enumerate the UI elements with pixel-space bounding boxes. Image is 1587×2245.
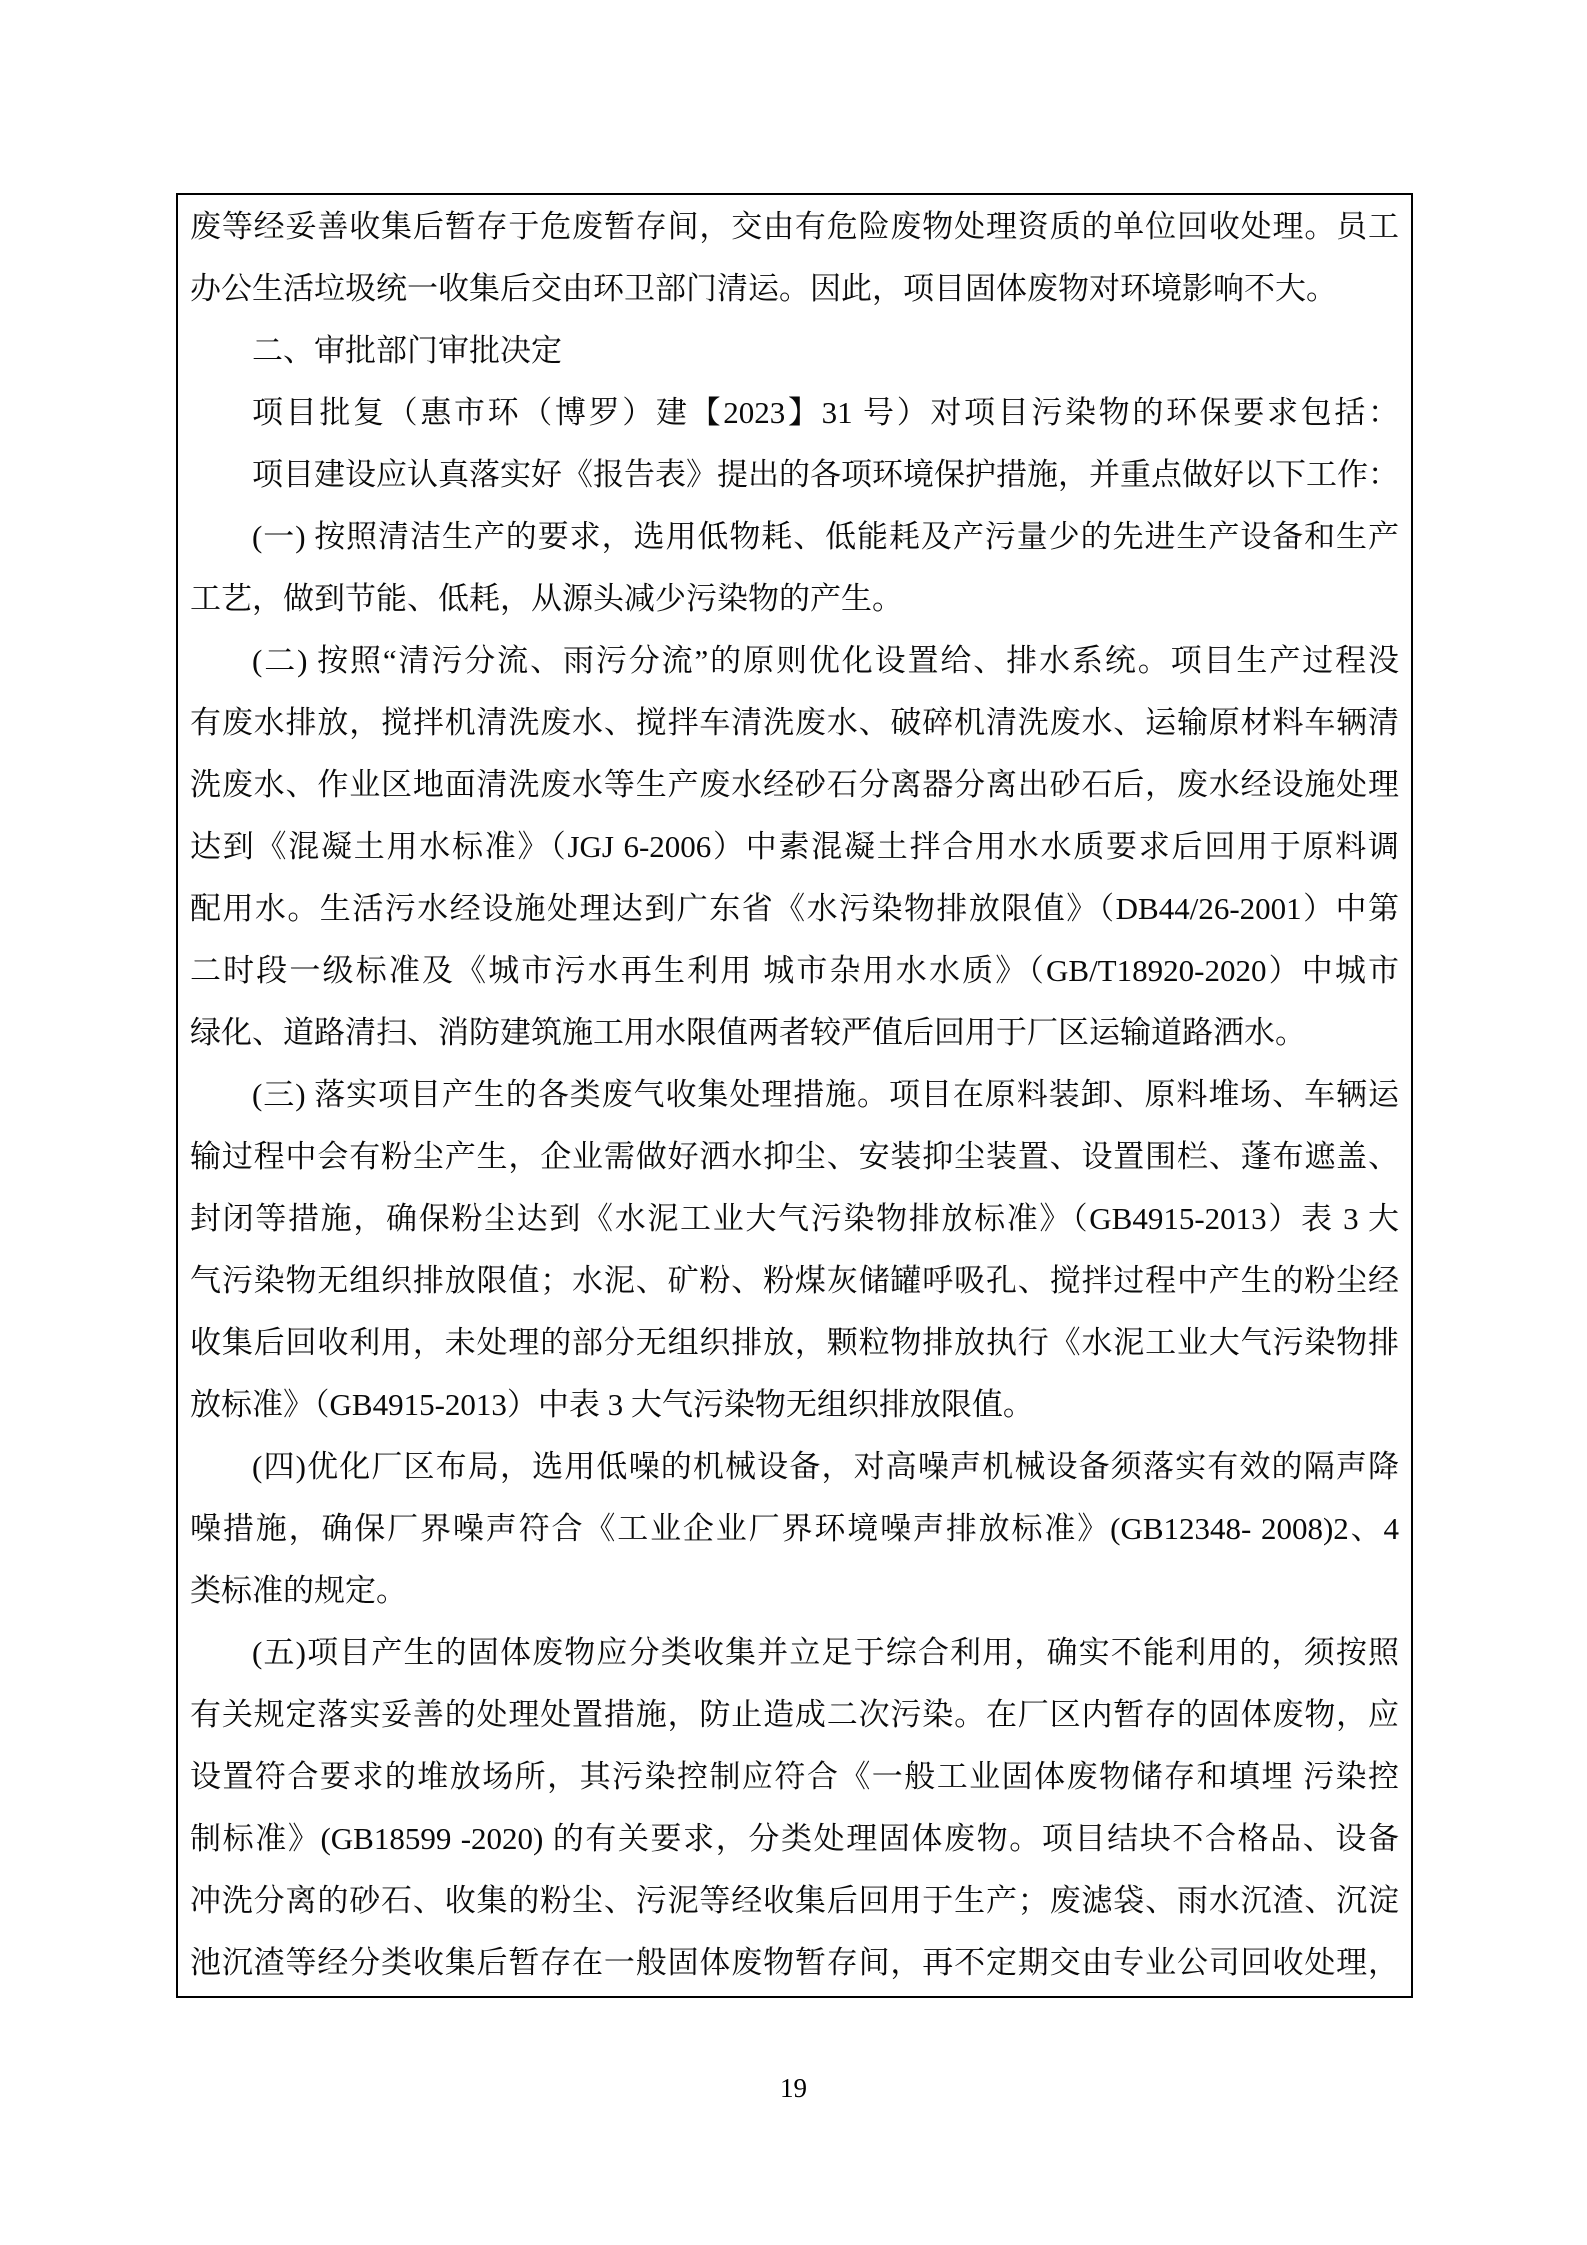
text-line: 设置符合要求的堆放场所，其污染控制应符合《一般工业固体废物储存和填埋 污染控 — [190, 1746, 1399, 1808]
text-line: 有废水排放，搅拌机清洗废水、搅拌车清洗废水、破碎机清洗废水、运输原材料车辆清 — [190, 692, 1399, 754]
text-line: 噪措施，确保厂界噪声符合《工业企业厂界环境噪声排放标准》(GB12348- 20… — [190, 1498, 1399, 1560]
text-line: (三) 落实项目产生的各类废气收集处理措施。项目在原料装卸、原料堆场、车辆运 — [190, 1064, 1399, 1126]
text-line: 办公生活垃圾统一收集后交由环卫部门清运。因此，项目固体废物对环境影响不大。 — [190, 258, 1399, 320]
text-line: 废等经妥善收集后暂存于危废暂存间，交由有危险废物处理资质的单位回收处理。员工 — [190, 196, 1399, 258]
text-line: 绿化、道路清扫、消防建筑施工用水限值两者较严值后回用于厂区运输道路洒水。 — [190, 1002, 1399, 1064]
text-line: 封闭等措施，确保粉尘达到《水泥工业大气污染物排放标准》（GB4915-2013）… — [190, 1188, 1399, 1250]
text-line: 池沉渣等经分类收集后暂存在一般固体废物暂存间，再不定期交由专业公司回收处理， — [190, 1932, 1399, 1994]
text-line: 制标准》(GB18599 -2020) 的有关要求，分类处理固体废物。项目结块不… — [190, 1808, 1399, 1870]
text-line: 配用水。生活污水经设施处理达到广东省《水污染物排放限值》（DB44/26-200… — [190, 878, 1399, 940]
text-line: 项目建设应认真落实好《报告表》提出的各项环境保护措施，并重点做好以下工作： — [190, 444, 1399, 506]
text-line: (五)项目产生的固体废物应分类收集并立足于综合利用，确实不能利用的，须按照 — [190, 1622, 1399, 1684]
text-line: 洗废水、作业区地面清洗废水等生产废水经砂石分离器分离出砂石后，废水经设施处理 — [190, 754, 1399, 816]
text-line: (四)优化厂区布局，选用低噪的机械设备，对高噪声机械设备须落实有效的隔声降 — [190, 1436, 1399, 1498]
text-line: (一) 按照清洁生产的要求，选用低物耗、低能耗及产污量少的先进生产设备和生产 — [190, 506, 1399, 568]
text-line: 气污染物无组织排放限值；水泥、矿粉、粉煤灰储罐呼吸孔、搅拌过程中产生的粉尘经 — [190, 1250, 1399, 1312]
document-page: 废等经妥善收集后暂存于危废暂存间，交由有危险废物处理资质的单位回收处理。员工办公… — [0, 0, 1587, 2245]
text-line: 二时段一级标准及《城市污水再生利用 城市杂用水水质》（GB/T18920-202… — [190, 940, 1399, 1002]
text-line: 输过程中会有粉尘产生，企业需做好洒水抑尘、安装抑尘装置、设置围栏、蓬布遮盖、 — [190, 1126, 1399, 1188]
text-line: 收集后回收利用，未处理的部分无组织排放，颗粒物排放执行《水泥工业大气污染物排 — [190, 1312, 1399, 1374]
text-line: (二) 按照“清污分流、雨污分流”的原则优化设置给、排水系统。项目生产过程没 — [190, 630, 1399, 692]
text-line: 放标准》（GB4915-2013）中表 3 大气污染物无组织排放限值。 — [190, 1374, 1399, 1436]
text-line: 二、审批部门审批决定 — [190, 320, 1399, 382]
text-line: 项目批复（惠市环（博罗）建【2023】31 号）对项目污染物的环保要求包括： — [190, 382, 1399, 444]
text-line: 达到《混凝土用水标准》（JGJ 6-2006）中素混凝土拌合用水水质要求后回用于… — [190, 816, 1399, 878]
text-line: 类标准的规定。 — [190, 1560, 1399, 1622]
text-line: 工艺，做到节能、低耗，从源头减少污染物的产生。 — [190, 568, 1399, 630]
text-line: 有关规定落实妥善的处理处置措施，防止造成二次污染。在厂区内暂存的固体废物，应 — [190, 1684, 1399, 1746]
text-box: 废等经妥善收集后暂存于危废暂存间，交由有危险废物处理资质的单位回收处理。员工办公… — [176, 193, 1413, 1998]
page-number: 19 — [0, 2068, 1587, 2108]
text-line: 冲洗分离的砂石、收集的粉尘、污泥等经收集后回用于生产；废滤袋、雨水沉渣、沉淀 — [190, 1870, 1399, 1932]
